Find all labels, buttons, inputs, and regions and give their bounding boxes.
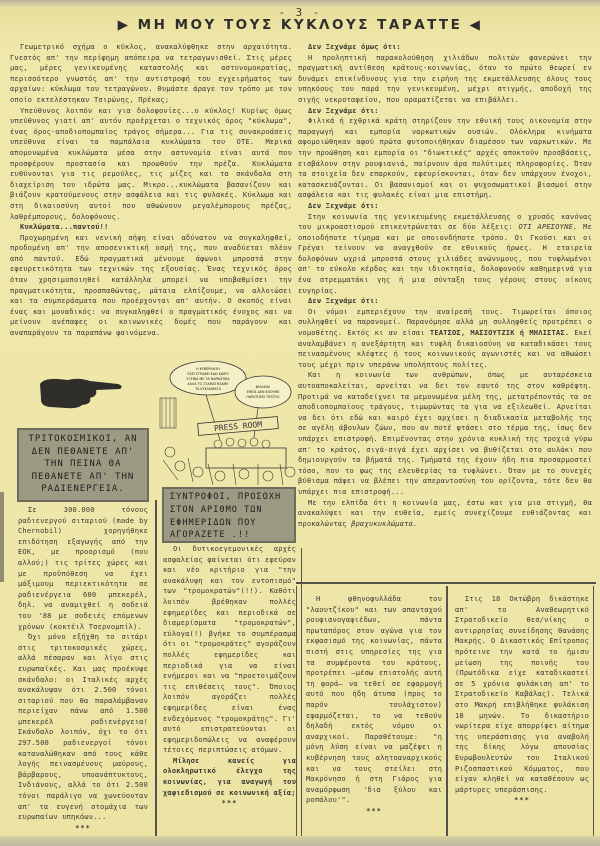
divider: [296, 586, 297, 836]
paragraph: Φιλικά ή εχθρικά κράτη στηρίζουν την εθν…: [298, 116, 592, 201]
section-lead: Δεν Ξεχνάμε όμως ότι:: [298, 42, 592, 53]
paragraph: Μίλησε κανείς για ολοκληρωτικό έλεγχο τη…: [163, 756, 296, 798]
divider: [0, 492, 4, 582]
trial-article: Στις 18 Οκτώβρη δικάστηκε απ' το Αναθεωρ…: [455, 594, 589, 806]
separator: ***: [163, 798, 296, 809]
paragraph: Και η κοινωνία των ανθρώπων, όπως με αυτ…: [298, 370, 592, 497]
text: Με την ελπίδα ότι η κοινωνία μας, έστω κ…: [298, 498, 592, 528]
newsletter-page: - 3 - ▶ ΜΗ ΜΟΥ ΤΟΥΣ ΚΥΚΛΟΥΣ ΤΑΡΑΤΤΕ ◀ Γε…: [0, 0, 600, 846]
emphasis-line: Κυκλώματα...παντού!!: [10, 222, 292, 233]
divider: [446, 586, 448, 836]
divider: [301, 548, 302, 836]
paragraph: Σε 300.000 τόνους ραδιενεργού σιταριού (…: [18, 505, 148, 632]
emphasis: ΤΕΑΤΣΟΣ, ΜΑΣΙΟΥΤΖΙΚ ή ΜΗΛΙΣΤΑΣ.: [430, 328, 569, 337]
paragraph: Οι νόμοι εμπεριέχουν την αναίρεσή τους. …: [298, 307, 592, 371]
section-lead: Δεν Ξεχνάμε ότι:: [298, 106, 592, 117]
svg-text:ΕΜΕΙΣ ΔΕΝ ΕΧΟΥΜΕ: ΕΜΕΙΣ ΔΕΝ ΕΧΟΥΜΕ: [247, 390, 280, 394]
emphasis: βραχυκυκλώματα.: [351, 519, 417, 528]
paragraph: Υπεύθυνος λοιπόν και για δολοφονίες...ο …: [10, 106, 292, 223]
page-bottom-edge: [0, 836, 600, 846]
paragraph: Η φθηνοφυλλάδα του "λαουτζίκου" και των …: [306, 594, 442, 806]
informer-article: Η φθηνοφυλλάδα του "λαουτζίκου" και των …: [306, 594, 442, 816]
paragraph: Η προληπτική παρακολούθηση χιλιάδων πολι…: [298, 53, 592, 106]
svg-text:Η ΚΥΒΕΡΝΗΣΗ: Η ΚΥΒΕΡΝΗΣΗ: [196, 367, 220, 371]
svg-text:ΠΑΡΑΤΗΣΕΙ ΤΙΠΟΤΑ!: ΠΑΡΑΤΗΣΕΙ ΤΙΠΟΤΑ!: [246, 395, 279, 399]
svg-text:ΦΙΛΑΚΙΑ!: ΦΙΛΑΚΙΑ!: [256, 385, 271, 389]
paragraph: Στις 18 Οκτώβρη δικάστηκε απ' το Αναθεωρ…: [455, 594, 589, 795]
page-headline: ▶ ΜΗ ΜΟΥ ΤΟΥΣ ΚΥΚΛΟΥΣ ΤΑΡΑΤΤΕ ◀: [0, 17, 600, 33]
press-room-cartoon: Η ΚΥΒΕΡΝΗΣΗ ΕΧΕΙ ΣΤΡΑΦΕΙ ΕΔΩ ΚΑΙΡΟ ΕΞΕΙΝ…: [158, 360, 298, 485]
section-lead: Δεν Ξεχνάμε ότι:: [298, 296, 592, 307]
paragraph: Γεωμετρικό σχήμα ο κύκλος, ανακαλύφθηκε …: [10, 42, 292, 106]
separator: ***: [18, 823, 148, 834]
text: Με οποιοδήποτε τίμημα και με οποιονδήποτ…: [298, 222, 592, 295]
divider: [155, 500, 157, 836]
newspapers-headline-box: ΣΥΝΤΡΟΦΟΙ, ΠΡΟΣΟΧΗ ΣΤΟΝ ΑΡΙΘΜΟ ΤΩΝ ΕΦΗΜΕ…: [162, 487, 296, 543]
svg-text:ΕΧΕΙ ΣΤΡΑΦΕΙ ΕΔΩ ΚΑΙΡΟ: ΕΧΕΙ ΣΤΡΑΦΕΙ ΕΔΩ ΚΑΙΡΟ: [187, 372, 229, 376]
radiation-article: Σε 300.000 τόνους ραδιενεργού σιταριού (…: [18, 505, 148, 833]
paragraph: Στην κοινωνία της γενικευμένης εκμετάλλε…: [298, 212, 592, 297]
svg-text:ΤΑ ΚΥΚΛΩΜΑΤΑ: ΤΑ ΚΥΚΛΩΜΑΤΑ: [194, 387, 222, 391]
svg-text:ΑΛΛΑ ΤΟ ΣΤΑΜΑΤΗΣΑΜΕ: ΑΛΛΑ ΤΟ ΣΤΑΜΑΤΗΣΑΜΕ: [188, 382, 229, 386]
radiation-headline-box: ΤΡΙΤΟΚΟΣΜΙΚΟΙ, ΑΝ ΔΕΝ ΠΕΘΑΝΕΤΕ ΑΠ' ΤΗΝ Π…: [17, 428, 149, 502]
divider: [593, 586, 594, 836]
paragraph: Προχωρημένη και νενική σήψη είναι αδύνατ…: [10, 233, 292, 339]
separator: ***: [306, 806, 442, 817]
paragraph: Με την ελπίδα ότι η κοινωνία μας, έστω κ…: [298, 498, 592, 530]
paragraph: Όχι μόνο εξήχθη το σιτάρι στις τριτοκοσμ…: [18, 632, 148, 823]
newspapers-article: Οι δυτικοεγεμονικές αρχές ασφαλείας φαίν…: [163, 544, 296, 809]
divider: [296, 582, 596, 584]
paragraph: Οι δυτικοεγεμονικές αρχές ασφαλείας φαίν…: [163, 544, 296, 756]
svg-text:ΕΞΕΙΝΑ ΜΕ ΤΑ ΝΑΡΚΩΤΙΚΑ: ΕΞΕΙΝΑ ΜΕ ΤΑ ΝΑΡΚΩΤΙΚΑ: [186, 377, 230, 381]
separator: ***: [455, 795, 589, 806]
main-article-right-column: Δεν Ξεχνάμε όμως ότι: Η προληπτική παρακ…: [298, 42, 592, 529]
pointing-hand-icon: [38, 376, 124, 410]
emphasis: ΟΤΙ ΑΡΕΣΟΥΝΕ.: [518, 222, 577, 231]
section-lead: Δεν Ξεχνάμε ότι:: [298, 201, 592, 212]
main-article-left-column: Γεωμετρικό σχήμα ο κύκλος, ανακαλύφθηκε …: [10, 42, 292, 339]
